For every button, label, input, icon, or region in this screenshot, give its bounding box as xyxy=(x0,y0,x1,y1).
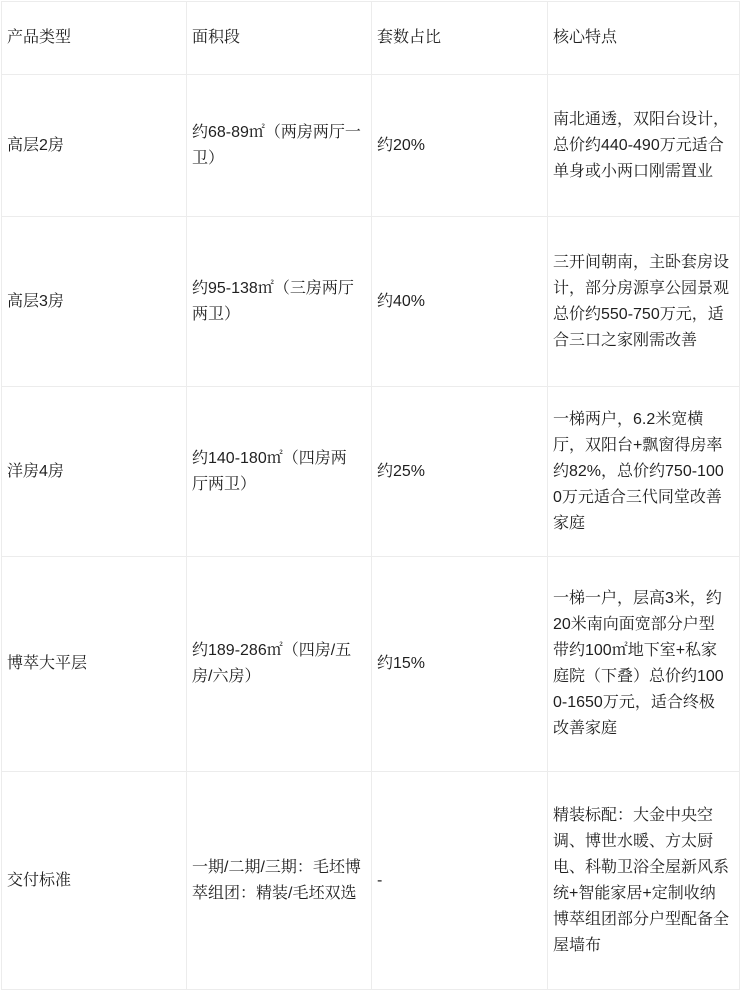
cell-core-features: 三开间朝南，主卧套房设计，部分房源享公园景观总价约550-750万元，适合三口之… xyxy=(548,217,740,387)
header-area-range: 面积段 xyxy=(187,2,372,75)
cell-unit-ratio: 约20% xyxy=(372,75,548,217)
cell-area-range: 一期/二期/三期：毛坯博萃组团：精装/毛坯双选 xyxy=(187,772,372,990)
header-core-features: 核心特点 xyxy=(548,2,740,75)
cell-area-range: 约189-286㎡（四房/五房/六房） xyxy=(187,557,372,772)
header-product-type: 产品类型 xyxy=(2,2,187,75)
header-unit-ratio: 套数占比 xyxy=(372,2,548,75)
cell-product-type: 高层2房 xyxy=(2,75,187,217)
table-row-garden-4br: 洋房4房 约140-180㎡（四房两厅两卫） 约25% 一梯两户，6.2米宽横厅… xyxy=(2,387,740,557)
cell-product-type: 洋房4房 xyxy=(2,387,187,557)
cell-core-features: 南北通透，双阳台设计，总价约440-490万元适合单身或小两口刚需置业 xyxy=(548,75,740,217)
cell-unit-ratio: 约15% xyxy=(372,557,548,772)
product-spec-table: 产品类型 面积段 套数占比 核心特点 高层2房 约68-89㎡（两房两厅一卫） … xyxy=(1,1,740,990)
cell-unit-ratio: - xyxy=(372,772,548,990)
table-row-highrise-3br: 高层3房 约95-138㎡（三房两厅两卫） 约40% 三开间朝南，主卧套房设计，… xyxy=(2,217,740,387)
cell-unit-ratio: 约40% xyxy=(372,217,548,387)
cell-unit-ratio: 约25% xyxy=(372,387,548,557)
cell-product-type: 交付标准 xyxy=(2,772,187,990)
cell-area-range: 约95-138㎡（三房两厅两卫） xyxy=(187,217,372,387)
table-header-row: 产品类型 面积段 套数占比 核心特点 xyxy=(2,2,740,75)
table-row-flat-mansion: 博萃大平层 约189-286㎡（四房/五房/六房） 约15% 一梯一户，层高3米… xyxy=(2,557,740,772)
cell-core-features: 一梯一户，层高3米，约20米南向面宽部分户型带约100㎡地下室+私家庭院（下叠）… xyxy=(548,557,740,772)
cell-area-range: 约140-180㎡（四房两厅两卫） xyxy=(187,387,372,557)
table-row-delivery-standard: 交付标准 一期/二期/三期：毛坯博萃组团：精装/毛坯双选 - 精装标配：大金中央… xyxy=(2,772,740,990)
cell-area-range: 约68-89㎡（两房两厅一卫） xyxy=(187,75,372,217)
cell-core-features: 一梯两户，6.2米宽横厅，双阳台+飘窗得房率约82%，总价约750-1000万元… xyxy=(548,387,740,557)
table-row-highrise-2br: 高层2房 约68-89㎡（两房两厅一卫） 约20% 南北通透，双阳台设计，总价约… xyxy=(2,75,740,217)
cell-product-type: 高层3房 xyxy=(2,217,187,387)
cell-product-type: 博萃大平层 xyxy=(2,557,187,772)
cell-core-features: 精装标配：大金中央空调、博世水暖、方太厨电、科勒卫浴全屋新风系统+智能家居+定制… xyxy=(548,772,740,990)
